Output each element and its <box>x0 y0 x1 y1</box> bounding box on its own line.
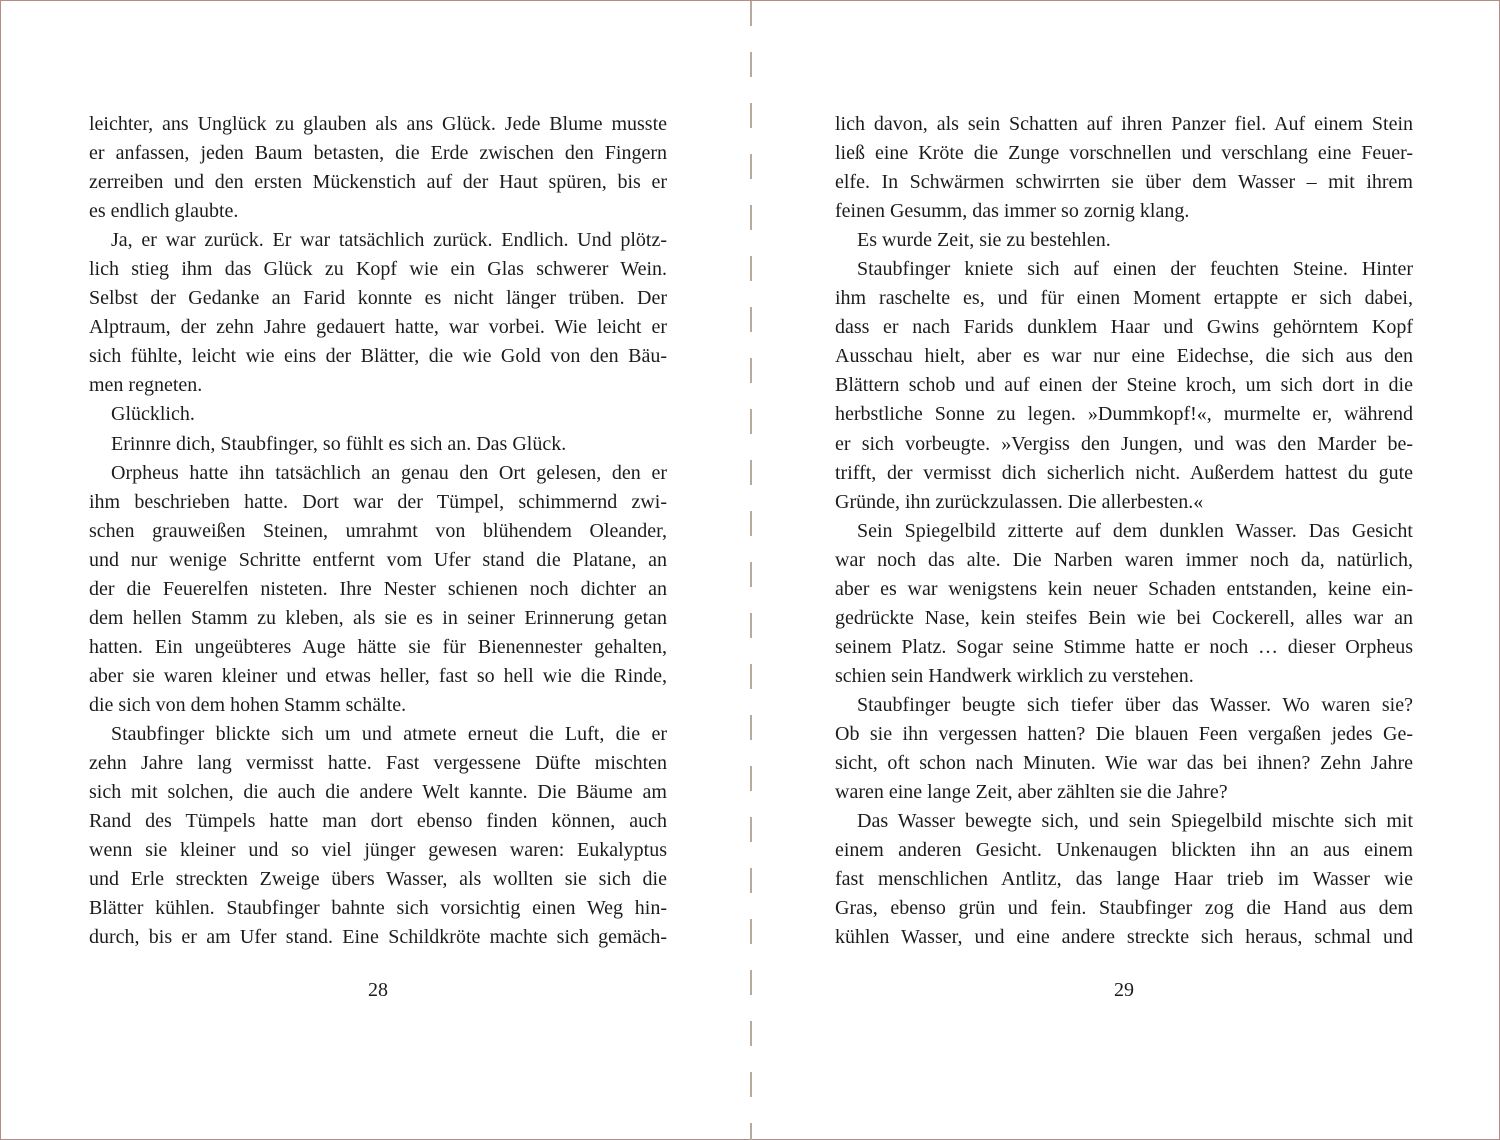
text-line: Gründe, ihn zurückzulassen. Die allerbes… <box>835 488 1413 517</box>
text-line: seinem Platz. Sogar seine Stimme hatte e… <box>835 633 1413 662</box>
text-line: ihm raschelte es, und für einen Moment e… <box>835 284 1413 313</box>
text-line: Gras, ebenso grün und fein. Staubfinger … <box>835 894 1413 923</box>
text-line: gedrückte Nase, kein steifes Bein wie be… <box>835 604 1413 633</box>
text-line: sicht, oft schon nach Minuten. Wie war d… <box>835 749 1413 778</box>
text-line: lich davon, als sein Schatten auf ihren … <box>835 110 1413 139</box>
text-line: waren eine lange Zeit, aber zählten sie … <box>835 778 1413 807</box>
text-line: Rand des Tümpels hatte man dort ebenso f… <box>89 807 667 836</box>
text-line: Staubfinger kniete sich auf einen der fe… <box>835 255 1413 284</box>
text-line: trifft, der vermisst dich sicherlich nic… <box>835 459 1413 488</box>
text-line: Selbst der Gedanke an Farid konnte es ni… <box>89 284 667 313</box>
text-line: dem hellen Stamm zu kleben, als sie es i… <box>89 604 667 633</box>
text-line: hatten. Ein ungeübteres Auge hätte sie f… <box>89 633 667 662</box>
text-line: Blättern schob und auf einen der Steine … <box>835 371 1413 400</box>
text-line: Sein Spiegelbild zitterte auf dem dunkle… <box>835 517 1413 546</box>
text-line: Ausschau hielt, aber es war nur eine Eid… <box>835 342 1413 371</box>
text-line: herbstliche Sonne zu legen. »Dummkopf!«,… <box>835 400 1413 429</box>
text-line: kühlen Wasser, und eine andere streckte … <box>835 923 1413 952</box>
text-line: fast menschlichen Antlitz, das lange Haa… <box>835 865 1413 894</box>
text-line: einem anderen Gesicht. Unkenaugen blickt… <box>835 836 1413 865</box>
text-line: zerreiben und den ersten Mückenstich auf… <box>89 168 667 197</box>
left-page-body: leichter, ans Unglück zu glauben als ans… <box>89 110 667 952</box>
text-line: Es wurde Zeit, sie zu bestehlen. <box>835 226 1413 255</box>
text-line: es endlich glaubte. <box>89 197 667 226</box>
text-line: Staubfinger beugte sich tiefer über das … <box>835 691 1413 720</box>
text-line: ihm beschrieben hatte. Dort war der Tümp… <box>89 488 667 517</box>
text-line: er sich vorbeugte. »Vergiss den Jungen, … <box>835 430 1413 459</box>
left-page-number: 28 <box>89 979 667 1002</box>
text-line: aber es war wenigstens kein neuer Schade… <box>835 575 1413 604</box>
text-line: er anfassen, jeden Baum betasten, die Er… <box>89 139 667 168</box>
text-line: lich stieg ihm das Glück zu Kopf wie ein… <box>89 255 667 284</box>
text-line: Staubfinger blickte sich um und atmete e… <box>89 720 667 749</box>
text-line: dass er nach Farids dunklem Haar und Gwi… <box>835 313 1413 342</box>
right-page-body: lich davon, als sein Schatten auf ihren … <box>835 110 1413 952</box>
text-line: aber sie waren kleiner und etwas heller,… <box>89 662 667 691</box>
text-line: sich fühlte, leicht wie eins der Blätter… <box>89 342 667 371</box>
text-line: leichter, ans Unglück zu glauben als ans… <box>89 110 667 139</box>
text-line: ließ eine Kröte die Zunge vorschnellen u… <box>835 139 1413 168</box>
text-line: feinen Gesumm, das immer so zornig klang… <box>835 197 1413 226</box>
text-line: war noch das alte. Die Narben waren imme… <box>835 546 1413 575</box>
text-line: Alptraum, der zehn Jahre gedauert hatte,… <box>89 313 667 342</box>
text-line: und Erle streckten Zweige übers Wasser, … <box>89 865 667 894</box>
text-line: schien sein Handwerk wirklich zu versteh… <box>835 662 1413 691</box>
text-line: Blätter kühlen. Staubfinger bahnte sich … <box>89 894 667 923</box>
text-line: wenn sie kleiner und so viel jünger gewe… <box>89 836 667 865</box>
text-line: und nur wenige Schritte entfernt vom Ufe… <box>89 546 667 575</box>
text-line: Glücklich. <box>89 400 667 429</box>
right-page-number: 29 <box>835 979 1413 1002</box>
text-line: schen grauweißen Steinen, umrahmt von bl… <box>89 517 667 546</box>
text-line: die sich von dem hohen Stamm schälte. <box>89 691 667 720</box>
text-line: elfe. In Schwärmen schwirrten sie über d… <box>835 168 1413 197</box>
text-line: zehn Jahre lang vermisst hatte. Fast ver… <box>89 749 667 778</box>
text-line: Erinnre dich, Staubfinger, so fühlt es s… <box>89 430 667 459</box>
text-line: men regneten. <box>89 371 667 400</box>
text-line: Das Wasser bewegte sich, und sein Spiege… <box>835 807 1413 836</box>
gutter-divider <box>750 1 752 1140</box>
text-line: durch, bis er am Ufer stand. Eine Schild… <box>89 923 667 952</box>
text-line: Orpheus hatte ihn tatsächlich an genau d… <box>89 459 667 488</box>
text-line: Ob sie ihn vergessen hatten? Die blauen … <box>835 720 1413 749</box>
text-line: Ja, er war zurück. Er war tatsächlich zu… <box>89 226 667 255</box>
book-spread: leichter, ans Unglück zu glauben als ans… <box>0 0 1500 1140</box>
text-line: der die Feuerelfen nisteten. Ihre Nester… <box>89 575 667 604</box>
text-line: sich mit solchen, die auch die andere We… <box>89 778 667 807</box>
